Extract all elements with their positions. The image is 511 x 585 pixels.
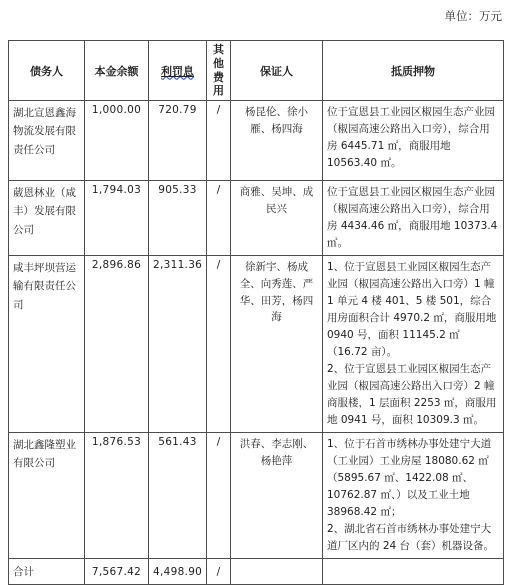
col-header-principal: 本金余额: [85, 41, 149, 101]
debtor-cell: 湖北宣恩鑫海物流发展有限责任公司: [9, 101, 85, 181]
interest-cell: 2,311.36: [149, 256, 207, 433]
total-row: 合计 7,567.42 4,498.90 /: [9, 559, 504, 585]
table-row: 葳恩林业（咸丰）发展有限公司 1,794.03 905.33 / 商雅、吴坤、成…: [9, 181, 504, 256]
other-fees-cell: /: [207, 101, 231, 181]
collateral-cell: 1、位于石首市绣林办事处建宁大道（工业园）工业房屋 18080.62 ㎡（589…: [323, 433, 504, 559]
unit-label: 单位：万元: [445, 8, 503, 24]
table-row: 咸丰坪坝营运输有限责任公司 2,896.86 2,311.36 / 徐新宇、杨成…: [9, 256, 504, 433]
debtor-cell: 咸丰坪坝营运输有限责任公司: [9, 256, 85, 433]
guarantor-cell: 商雅、吴坤、成民兴: [231, 181, 323, 256]
col-header-other-fees: 其他费用: [207, 41, 231, 101]
guarantor-cell: 洪春、李志刚、杨艳萍: [231, 433, 323, 559]
col-header-guarantor: 保证人: [231, 41, 323, 101]
total-other-fees-cell: /: [207, 559, 231, 585]
principal-cell: 1,000.00: [85, 101, 149, 181]
collateral-item-1: 1、位于宣恩县工业园区椒园生态产业园（椒园高速公路出入口旁）1 幢 1 单元 4…: [327, 259, 499, 361]
interest-cell: 905.33: [149, 181, 207, 256]
col-header-interest: 利罚息: [149, 41, 207, 101]
total-collateral-cell: [323, 559, 504, 585]
debtor-cell: 湖北鑫隆塑业有限公司: [9, 433, 85, 559]
other-fees-cell: /: [207, 181, 231, 256]
guarantor-cell: 杨昆伦、徐小雁、杨四海: [231, 101, 323, 181]
collateral-cell: 1、位于宣恩县工业园区椒园生态产业园（椒园高速公路出入口旁）1 幢 1 单元 4…: [323, 256, 504, 433]
debtor-cell: 葳恩林业（咸丰）发展有限公司: [9, 181, 85, 256]
total-label-cell: 合计: [9, 559, 85, 585]
table-row: 湖北鑫隆塑业有限公司 1,876.53 561.43 / 洪春、李志刚、杨艳萍 …: [9, 433, 504, 559]
collateral-cell: 位于宣恩县工业园区椒园生态产业园（椒园高速公路出入口旁），综合用房 6445.7…: [323, 101, 504, 181]
collateral-item-2: 2、湖北省石首市绣林办事处建宁大道厂区内的 24 台（套）机器设备。: [327, 521, 499, 555]
total-principal-cell: 7,567.42: [85, 559, 149, 585]
principal-cell: 1,794.03: [85, 181, 149, 256]
table-row: 湖北宣恩鑫海物流发展有限责任公司 1,000.00 720.79 / 杨昆伦、徐…: [9, 101, 504, 181]
collateral-item-2: 2、位于宣恩县工业园区椒园生态产业园（椒园高速公路出入口旁）2 幢商服楼，1 层…: [327, 361, 499, 429]
guarantor-cell: 徐新宇、杨成全、向秀莲、严华、田芳，杨四海: [231, 256, 323, 433]
principal-cell: 2,896.86: [85, 256, 149, 433]
interest-cell: 561.43: [149, 433, 207, 559]
other-fees-cell: /: [207, 256, 231, 433]
collateral-item-1: 1、位于石首市绣林办事处建宁大道（工业园）工业房屋 18080.62 ㎡（589…: [327, 436, 499, 521]
other-fees-cell: /: [207, 433, 231, 559]
col-header-debtor: 债务人: [9, 41, 85, 101]
collateral-cell: 位于宣恩县工业园区椒园生态产业园（椒园高速公路出入口旁），综合用房 4434.4…: [323, 181, 504, 256]
debt-table: 债务人 本金余额 利罚息 其他费用 保证人 抵质押物 湖北宣恩鑫海物流发展有限责…: [8, 40, 504, 585]
total-interest-cell: 4,498.90: [149, 559, 207, 585]
total-guarantor-cell: [231, 559, 323, 585]
col-header-collateral: 抵质押物: [323, 41, 504, 101]
principal-cell: 1,876.53: [85, 433, 149, 559]
header-row: 债务人 本金余额 利罚息 其他费用 保证人 抵质押物: [9, 41, 504, 101]
interest-cell: 720.79: [149, 101, 207, 181]
